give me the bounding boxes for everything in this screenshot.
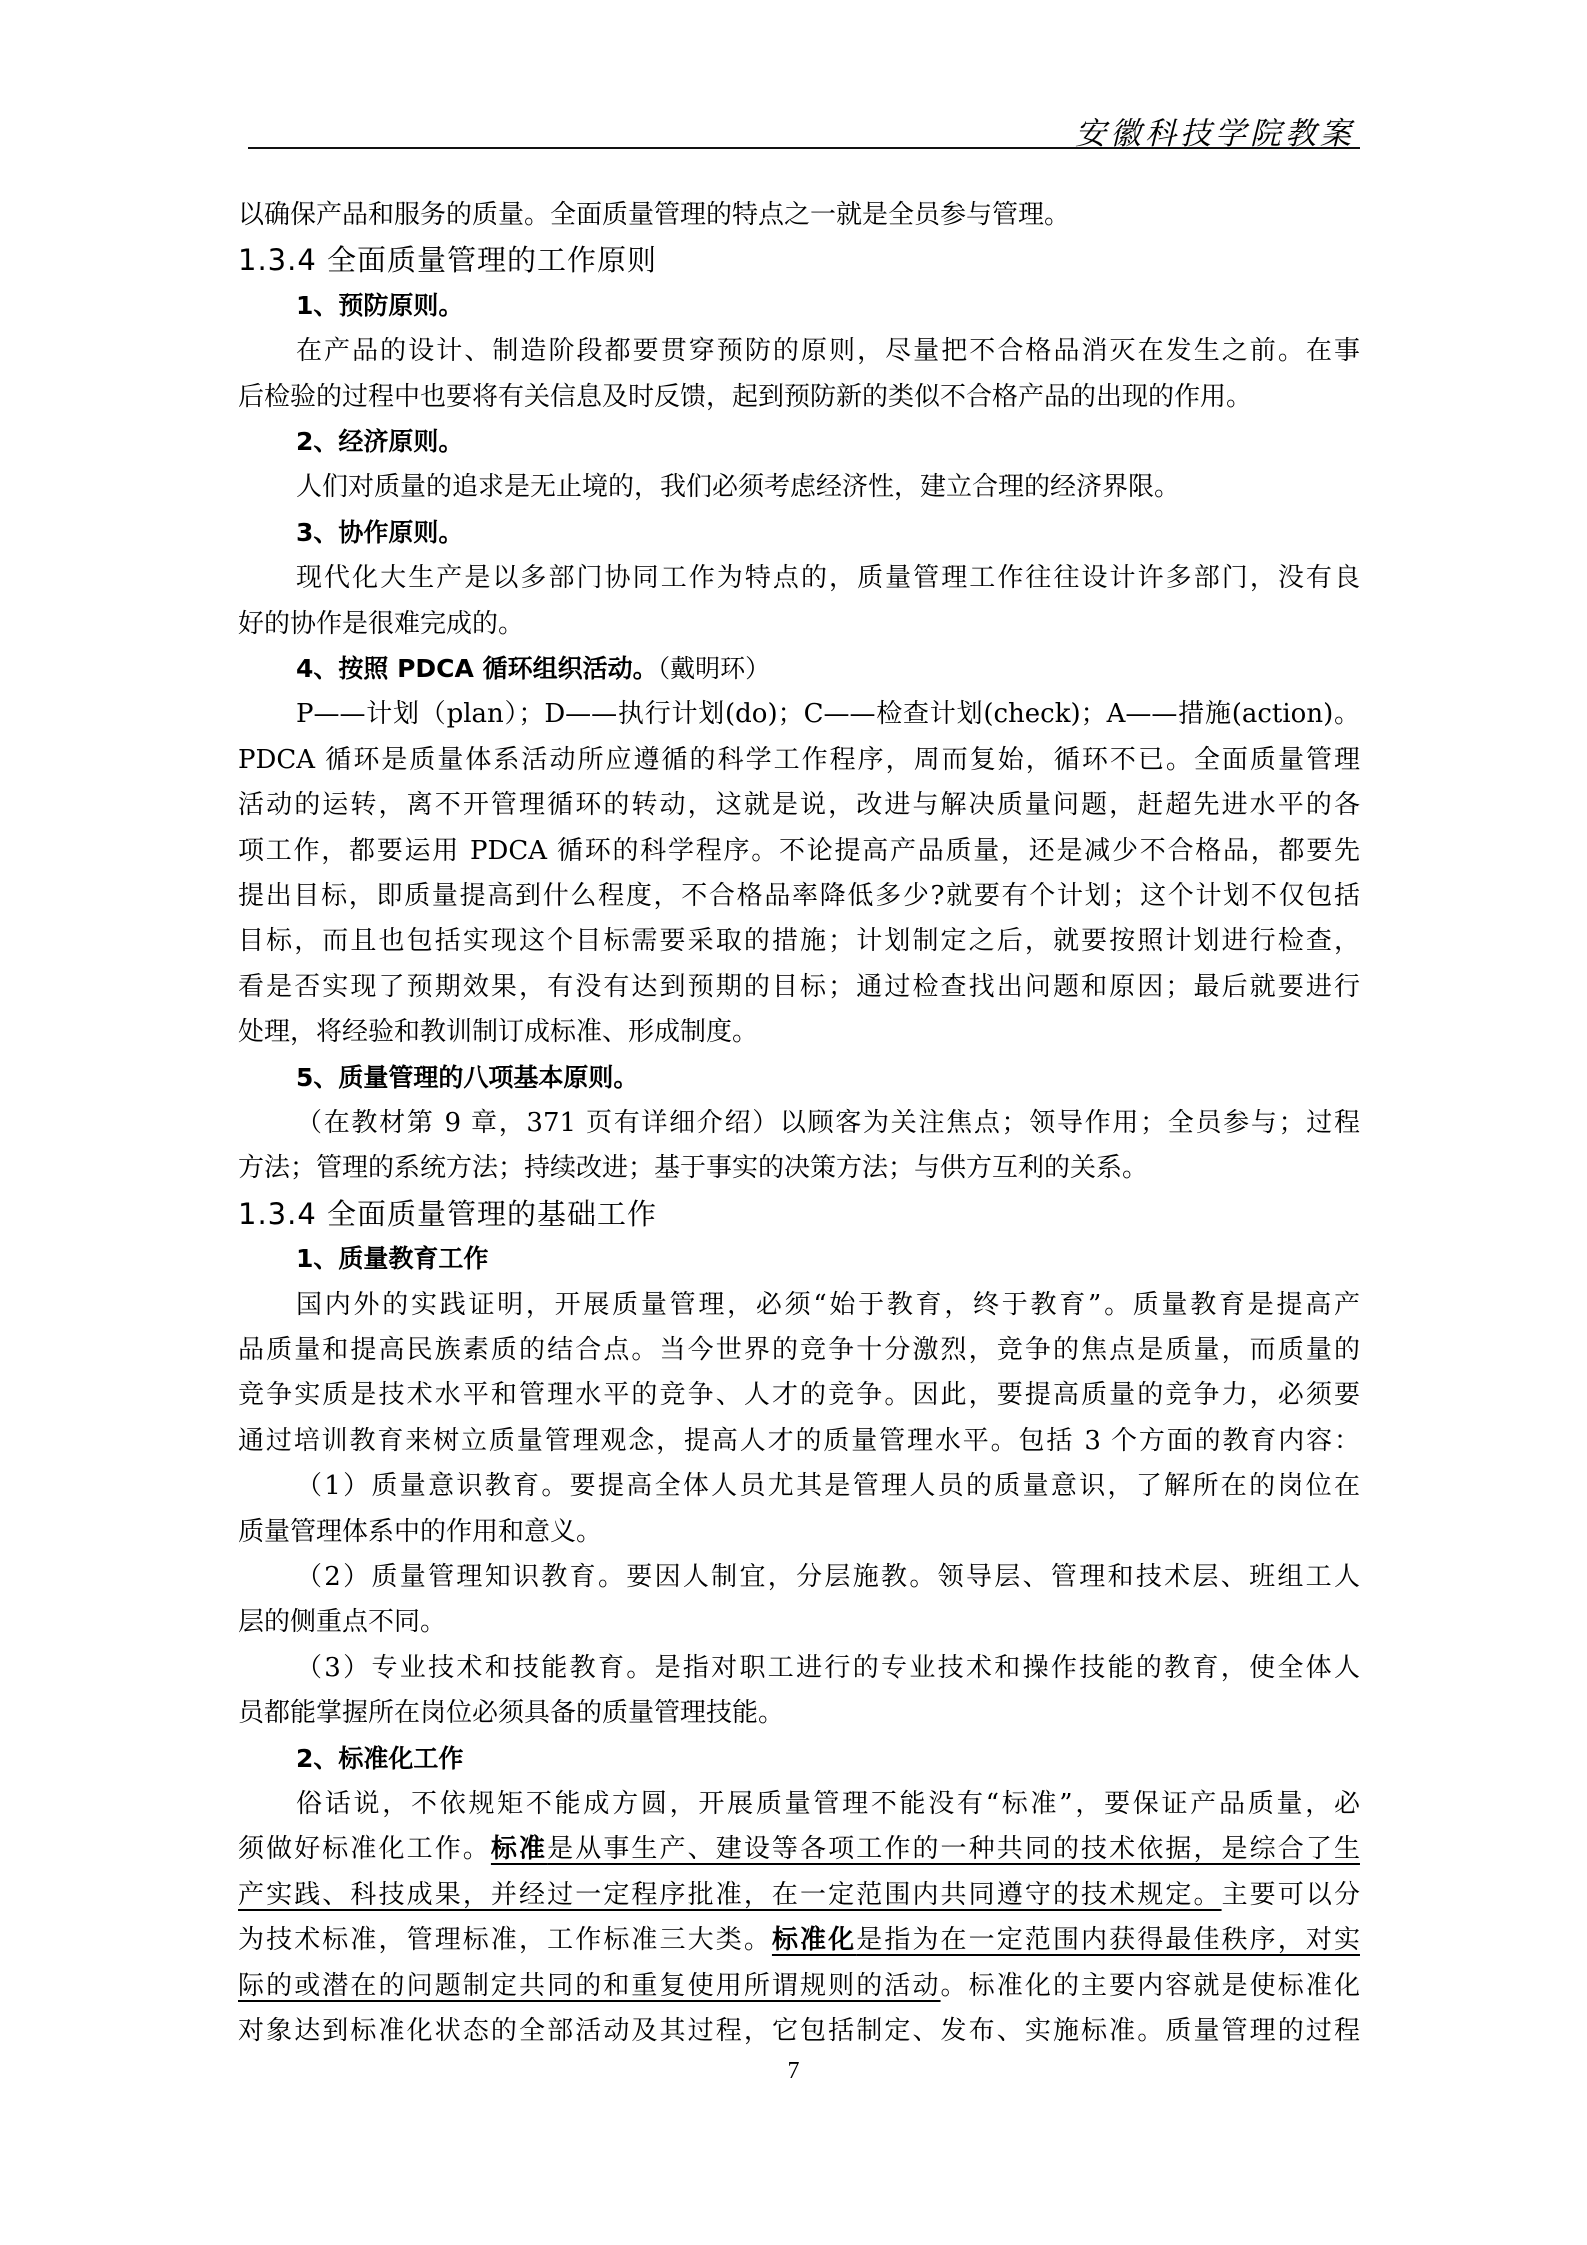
paragraph-line: 为技术标准，管理标准，工作标准三大类。标准化是指为在一定范围内获得最佳秩序，对实 xyxy=(238,1917,1360,1963)
section-heading: 1.3.4 全面质量管理的工作原则 xyxy=(238,237,1360,283)
paragraph-line: （1）质量意识教育。要提高全体人员尤其是管理人员的质量意识，了解所在的岗位在 xyxy=(238,1463,1360,1509)
paragraph-line: 质量管理体系中的作用和意义。 xyxy=(238,1509,1360,1555)
subsection-heading: 5、质量管理的八项基本原则。 xyxy=(238,1055,1360,1101)
paragraph-line: （2）质量管理知识教育。要因人制宜，分层施教。领导层、管理和技术层、班组工人 xyxy=(238,1554,1360,1600)
subsection-heading: 2、标准化工作 xyxy=(238,1736,1360,1782)
paragraph-line: 人们对质量的追求是无止境的，我们必须考虑经济性，建立合理的经济界限。 xyxy=(238,464,1360,510)
definition-text: 是从事生产、建设等各项工作的一种共同的技术依据，是综合了生 xyxy=(547,1834,1360,1864)
paragraph-line: 好的协作是很难完成的。 xyxy=(238,601,1360,647)
paragraph-line: 项工作，都要运用 PDCA 循环的科学程序。不论提高产品质量，还是减少不合格品，… xyxy=(238,828,1360,874)
paragraph-line: 现代化大生产是以多部门协同工作为特点的，质量管理工作往往设计许多部门，没有良 xyxy=(238,555,1360,601)
subsection-heading-note: （戴明环） xyxy=(658,654,771,683)
paragraph-line: 以确保产品和服务的质量。全面质量管理的特点之一就是全员参与管理。 xyxy=(238,192,1360,238)
subsection-heading: 1、质量教育工作 xyxy=(238,1236,1360,1282)
subsection-heading: 3、协作原则。 xyxy=(238,510,1360,556)
paragraph-line: 层的侧重点不同。 xyxy=(238,1599,1360,1645)
paragraph-line: 产实践、科技成果，并经过一定程序批准，在一定范围内共同遵守的技术规定。主要可以分 xyxy=(238,1872,1360,1918)
definition-text: 产实践、科技成果，并经过一定程序批准，在一定范围内共同遵守的技术规定。 xyxy=(238,1880,1222,1910)
paragraph-line: 方法；管理的系统方法；持续改进；基于事实的决策方法；与供方互利的关系。 xyxy=(238,1145,1360,1191)
paragraph-line: 须做好标准化工作。标准是从事生产、建设等各项工作的一种共同的技术依据，是综合了生 xyxy=(238,1826,1360,1872)
paragraph-line: 对象达到标准化状态的全部活动及其过程，它包括制定、发布、实施标准。质量管理的过程 xyxy=(238,2008,1360,2054)
paragraph-line: 国内外的实践证明，开展质量管理，必须“始于教育，终于教育”。质量教育是提高产 xyxy=(238,1282,1360,1328)
paragraph-line: PDCA 循环是质量体系活动所应遵循的科学工作程序，周而复始，循环不已。全面质量… xyxy=(238,737,1360,783)
paragraph-line: 在产品的设计、制造阶段都要贯穿预防的原则，尽量把不合格品消灭在发生之前。在事 xyxy=(238,328,1360,374)
paragraph-line: 目标，而且也包括实现这个目标需要采取的措施；计划制定之后，就要按照计划进行检查， xyxy=(238,918,1360,964)
section-heading: 1.3.4 全面质量管理的基础工作 xyxy=(238,1191,1360,1237)
paragraph-line: 看是否实现了预期效果，有没有达到预期的目标；通过检查找出问题和原因；最后就要进行 xyxy=(238,964,1360,1010)
paragraph-line: 竞争实质是技术水平和管理水平的竞争、人才的竞争。因此，要提高质量的竞争力，必须要 xyxy=(238,1372,1360,1418)
definition-text: 际的或潜在的问题制定共同的和重复使用所谓规则的活动 xyxy=(238,1971,941,2001)
paragraph-text: 须做好标准化工作。 xyxy=(238,1834,491,1864)
paragraph-line: 品质量和提高民族素质的结合点。当今世界的竞争十分激烈，竞争的焦点是质量，而质量的 xyxy=(238,1327,1360,1373)
paragraph-line: P——计划（plan）；D——执行计划(do)；C——检查计划(check)；A… xyxy=(238,691,1360,737)
paragraph-line: 处理，将经验和教训制订成标准、形成制度。 xyxy=(238,1009,1360,1055)
term-definition-keyword: 标准化 xyxy=(772,1925,856,1955)
paragraph-text: 。标准化的主要内容就是使标准化 xyxy=(941,1971,1360,2001)
paragraph-line: 通过培训教育来树立质量管理观念，提高人才的质量管理水平。包括 3 个方面的教育内… xyxy=(238,1418,1360,1464)
paragraph-line: （3）专业技术和技能教育。是指对职工进行的专业技术和操作技能的教育，使全体人 xyxy=(238,1645,1360,1691)
paragraph-text: 为技术标准，管理标准，工作标准三大类。 xyxy=(238,1925,772,1955)
subsection-heading: 4、按照 PDCA 循环组织活动。（戴明环） xyxy=(238,646,1360,692)
definition-text: 是指为在一定范围内获得最佳秩序，对实 xyxy=(856,1925,1360,1955)
paragraph-line: 后检验的过程中也要将有关信息及时反馈，起到预防新的类似不合格产品的出现的作用。 xyxy=(238,374,1360,420)
paragraph-line: 活动的运转，离不开管理循环的转动，这就是说，改进与解决质量问题，赶超先进水平的各 xyxy=(238,782,1360,828)
paragraph-line: 际的或潜在的问题制定共同的和重复使用所谓规则的活动。标准化的主要内容就是使标准化 xyxy=(238,1963,1360,2009)
header-divider xyxy=(248,147,1360,149)
paragraph-line: 员都能掌握所在岗位必须具备的质量管理技能。 xyxy=(238,1690,1360,1736)
subsection-heading: 2、经济原则。 xyxy=(238,419,1360,465)
term-definition-keyword: 标准 xyxy=(491,1834,547,1864)
subsection-heading: 1、预防原则。 xyxy=(238,283,1360,329)
paragraph-line: （在教材第 9 章，371 页有详细介绍）以顾客为关注焦点；领导作用；全员参与；… xyxy=(238,1100,1360,1146)
page-number: 7 xyxy=(0,2058,1587,2085)
subsection-heading-bold: 4、按照 PDCA 循环组织活动。 xyxy=(296,654,658,683)
paragraph-text: 主要可以分 xyxy=(1222,1880,1360,1910)
paragraph-line: 提出目标，即质量提高到什么程度，不合格品率降低多少?就要有个计划；这个计划不仅包… xyxy=(238,873,1360,919)
paragraph-line: 俗话说，不依规矩不能成方圆，开展质量管理不能没有“标准”，要保证产品质量，必 xyxy=(238,1781,1360,1827)
